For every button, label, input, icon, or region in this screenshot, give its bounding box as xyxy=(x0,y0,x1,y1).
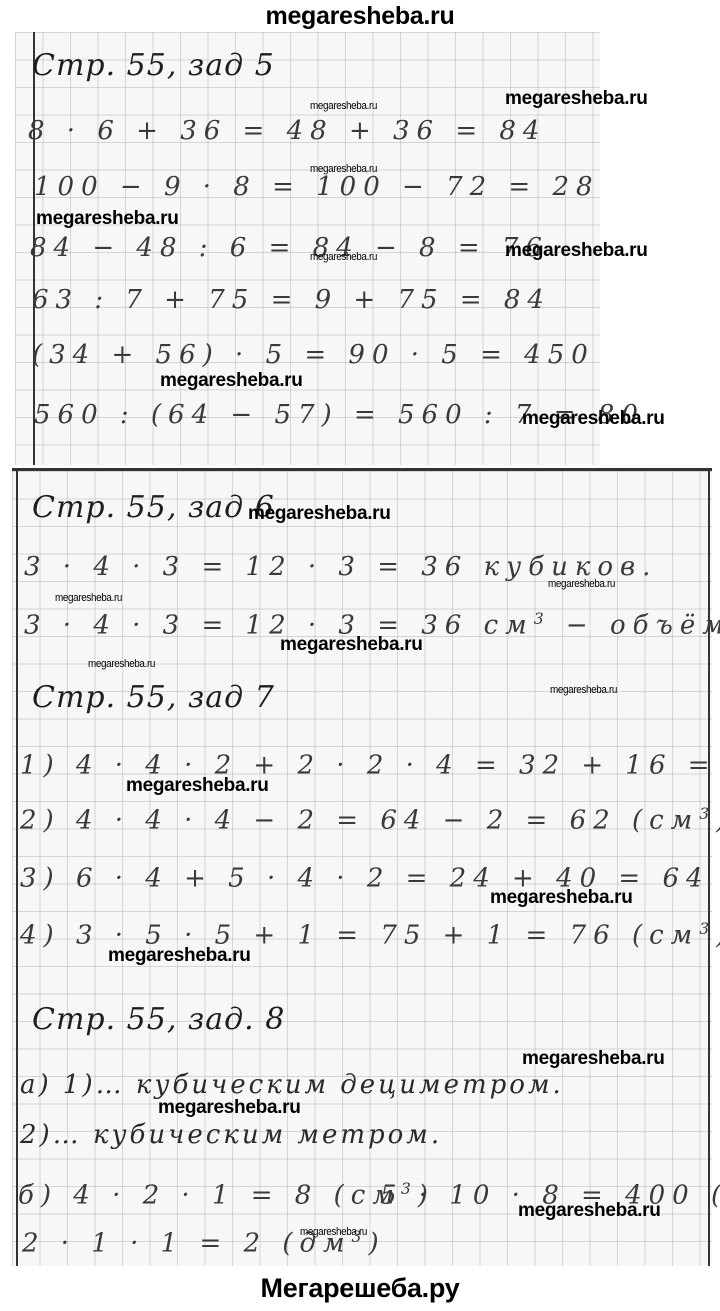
watermark: megaresheba.ru xyxy=(160,370,303,392)
task8-a-line-2: 2)… кубическим метром. xyxy=(20,1120,442,1150)
watermark: megaresheba.ru xyxy=(108,945,251,967)
task7-line-1: 1) 4 · 4 · 2 + 2 · 2 · 4 = 32 + 16 = 48 … xyxy=(20,750,720,781)
task5-line-5: (34 + 56) · 5 = 90 · 5 = 450 xyxy=(32,340,595,370)
watermark: megaresheba.ru xyxy=(522,1048,665,1070)
watermark: megaresheba.ru xyxy=(522,408,665,430)
watermark: megaresheba.ru xyxy=(518,1200,661,1222)
task8-a-line-1: а) 1)… кубическим дециметром. xyxy=(20,1070,564,1100)
task5-line-2: 100 − 9 · 8 = 100 − 72 = 28 xyxy=(34,172,600,202)
watermark: megaresheba.ru xyxy=(126,775,269,797)
watermark: megaresheba.ru xyxy=(505,88,648,110)
task5-heading: Стр. 55, зад 5 xyxy=(32,48,275,83)
watermark: megaresheba.ru xyxy=(88,658,155,670)
watermark: megaresheba.ru xyxy=(158,1097,301,1119)
watermark: megaresheba.ru xyxy=(300,1226,367,1238)
site-footer: Мегарешеба.ру xyxy=(0,1265,720,1311)
task5-line-3: 84 − 48 : 6 = 84 − 8 = 76 xyxy=(30,233,549,263)
watermark: megaresheba.ru xyxy=(310,163,377,175)
site-header: megaresheba.ru xyxy=(0,0,720,32)
watermark: megaresheba.ru xyxy=(490,887,633,909)
watermark: megaresheba.ru xyxy=(310,251,377,263)
watermark: megaresheba.ru xyxy=(548,578,615,590)
watermark: megaresheba.ru xyxy=(550,684,617,696)
task5-line-1: 8 · 6 + 36 = 48 + 36 = 84 xyxy=(28,116,546,146)
task8-heading: Стр. 55, зад. 8 xyxy=(32,1002,285,1037)
watermark: megaresheba.ru xyxy=(505,240,648,262)
watermark: megaresheba.ru xyxy=(280,634,423,656)
task7-heading: Стр. 55, зад 7 xyxy=(32,680,275,715)
watermark: megaresheba.ru xyxy=(310,100,377,112)
task5-line-4: 63 : 7 + 75 = 9 + 75 = 84 xyxy=(32,285,551,315)
watermark: megaresheba.ru xyxy=(248,503,391,525)
task7-line-2: 2) 4 · 4 · 4 − 2 = 64 − 2 = 62 (см3) xyxy=(20,805,720,836)
task8-b-line-1: б) 4 · 2 · 1 = 8 (см3) xyxy=(18,1180,435,1211)
watermark: megaresheba.ru xyxy=(55,592,122,604)
task6-heading: Стр. 55, зад 6 xyxy=(32,490,275,525)
margin-line-left xyxy=(16,471,18,1266)
watermark: megaresheba.ru xyxy=(36,208,179,230)
